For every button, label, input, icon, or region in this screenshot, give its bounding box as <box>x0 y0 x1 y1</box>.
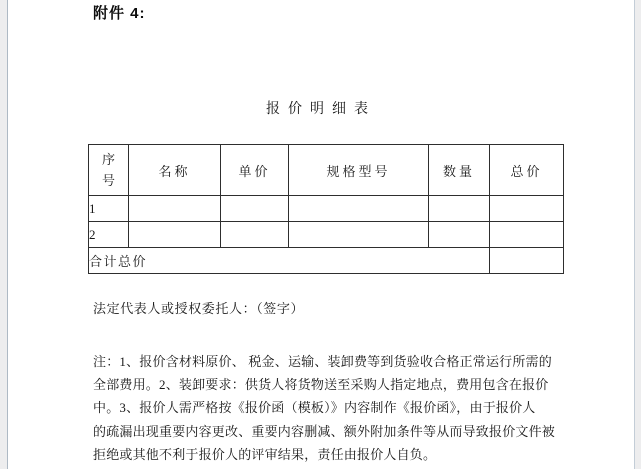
empty-cell <box>429 222 490 248</box>
note-line: 注：1、报价含材料原价、 税金、运输、装卸费等到货验收合格正常运行所需的 <box>93 350 571 373</box>
row-number-cell: 1 <box>89 196 129 222</box>
empty-cell <box>289 222 429 248</box>
column-header-qty: 数量 <box>429 145 490 196</box>
document-page: 附件 4: 报价明细表 序 号 名称 单价 规格型号 数量 总价 1 <box>7 0 635 469</box>
note-line: 拒绝或其他不利于报价人的评审结果，责任由报价人自负。 <box>93 443 571 466</box>
notes-paragraph: 注：1、报价含材料原价、 税金、运输、装卸费等到货验收合格正常运行所需的 全部费… <box>93 350 571 466</box>
empty-cell <box>429 196 490 222</box>
empty-cell <box>129 196 221 222</box>
table-row: 1 <box>89 196 564 222</box>
note-line: 全部费用。2、装卸要求：供货人将货物送至采购人指定地点，费用包含在报价 <box>93 373 571 396</box>
empty-cell <box>490 196 564 222</box>
empty-cell <box>289 196 429 222</box>
table-total-row: 合计总价 <box>89 248 564 274</box>
signature-line: 法定代表人或授权委托人：（签字） <box>93 298 304 317</box>
row-number-cell: 2 <box>89 222 129 248</box>
note-line: 中。3、报价人需严格按《报价函（模板）》内容制作《报价函》，由于报价人 <box>93 396 571 419</box>
column-header-spec: 规格型号 <box>289 145 429 196</box>
column-header-total: 总价 <box>490 145 564 196</box>
note-line: 的疏漏出现重要内容更改、重要内容删减、额外附加条件等从而导致报价文件被 <box>93 420 571 443</box>
column-header-unit-price: 单价 <box>221 145 289 196</box>
empty-cell <box>129 222 221 248</box>
table-header-row: 序 号 名称 单价 规格型号 数量 总价 <box>89 145 564 196</box>
total-label-cell: 合计总价 <box>89 248 490 274</box>
column-header-name: 名称 <box>129 145 221 196</box>
column-header-seq: 序 号 <box>89 145 129 196</box>
table-row: 2 <box>89 222 564 248</box>
quotation-table: 序 号 名称 单价 规格型号 数量 总价 1 2 <box>88 144 564 274</box>
attachment-label: 附件 4: <box>93 2 146 23</box>
document-title: 报价明细表 <box>8 98 634 118</box>
empty-cell <box>221 222 289 248</box>
total-value-cell <box>490 248 564 274</box>
empty-cell <box>221 196 289 222</box>
empty-cell <box>490 222 564 248</box>
